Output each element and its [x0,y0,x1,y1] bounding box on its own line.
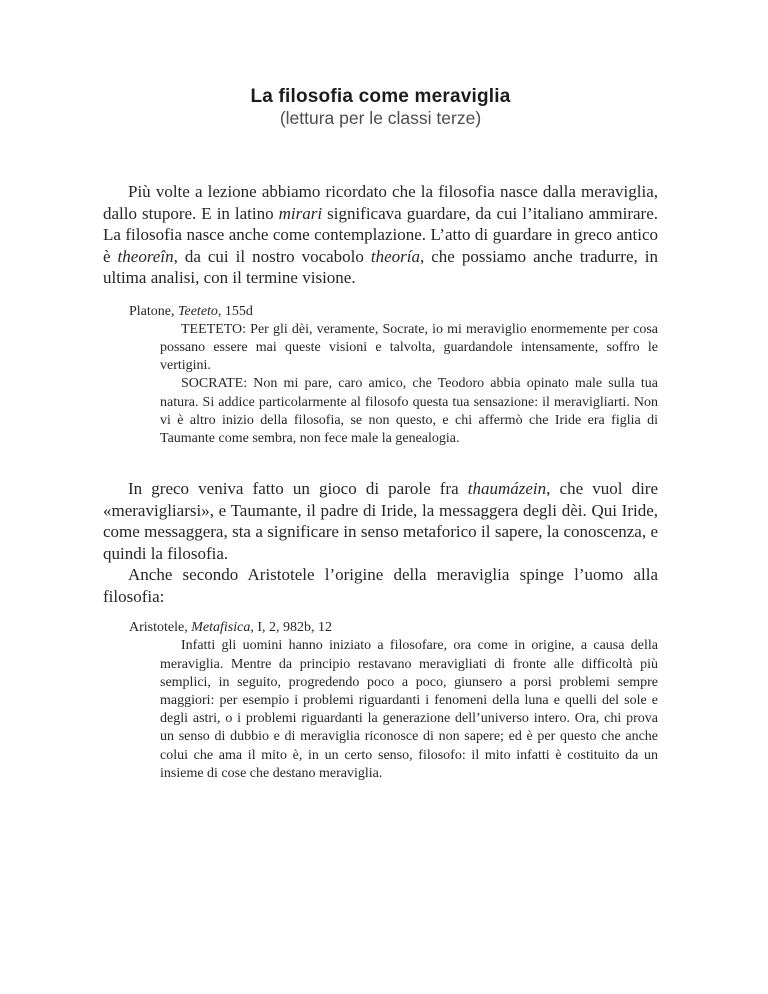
italic-text-segment: Teeteto [178,304,218,319]
quote-paragraph-socrate: SOCRATE: Non mi pare, caro amico, che Te… [160,375,658,448]
italic-text-segment: theoría [371,247,420,266]
quote-paragraph-teeteto: TEETETO: Per gli dèi, veramente, Socrate… [160,321,658,376]
document-title: La filosofia come meraviglia [103,86,658,108]
quote-block-platone: Platone, Teeteto, 155d TEETETO: Per gli … [129,303,658,449]
paragraph-aristotele-intro: Anche secondo Aristotele l’origine della… [103,564,658,607]
paragraph-greco: In greco veniva fatto un gioco di parole… [103,478,658,564]
text-segment: Infatti gli uomini hanno iniziato a filo… [160,638,658,780]
text-segment: , da cui il nostro vocabolo [174,247,371,266]
document-page: La filosofia come meraviglia (lettura pe… [0,0,768,994]
italic-text-segment: Metafisica [191,620,250,635]
paragraph-intro: Più volte a lezione abbiamo ricordato ch… [103,181,658,289]
text-segment: , 155d [218,304,253,319]
document-content: La filosofia come meraviglia (lettura pe… [0,0,768,783]
quote-block-aristotele: Aristotele, Metafisica, I, 2, 982b, 12 I… [129,619,658,783]
quote-source-platone: Platone, Teeteto, 155d [129,303,658,321]
italic-text-segment: thaumázein [468,479,546,498]
text-segment: Anche secondo Aristotele l’origine della… [103,565,658,606]
italic-text-segment: mirari [279,204,322,223]
text-segment: Platone, [129,304,178,319]
text-segment: SOCRATE: Non mi pare, caro amico, che Te… [160,376,658,446]
quote-paragraph-metafisica: Infatti gli uomini hanno iniziato a filo… [160,637,658,783]
quote-source-aristotele: Aristotele, Metafisica, I, 2, 982b, 12 [129,619,658,637]
text-segment: Aristotele, [129,620,191,635]
text-segment: In greco veniva fatto un gioco di parole… [128,479,468,498]
text-segment: TEETETO: Per gli dèi, veramente, Socrate… [160,322,658,373]
document-subtitle: (lettura per le classi terze) [103,108,658,128]
text-segment: , I, 2, 982b, 12 [250,620,332,635]
italic-text-segment: theoreîn [118,247,174,266]
